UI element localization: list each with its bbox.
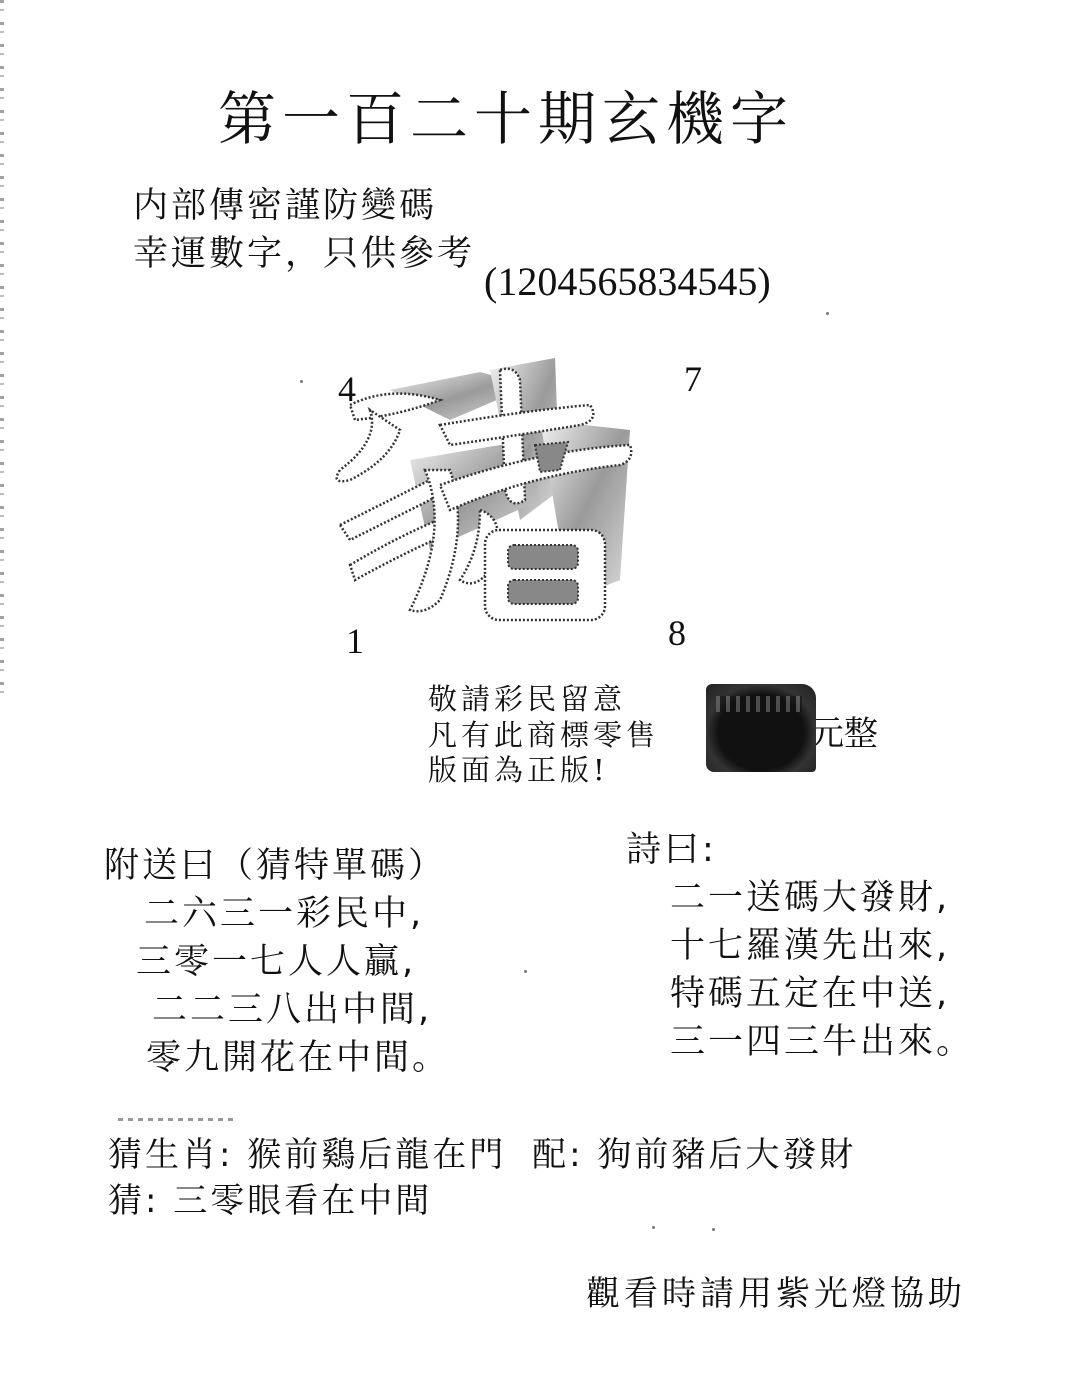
corner-number-top-right: 7	[684, 358, 702, 400]
notice-line-text: 凡有此商標零售	[428, 718, 659, 752]
guess-pair-value: 狗前豬后大發財	[597, 1135, 856, 1175]
scan-speck	[652, 1226, 655, 1229]
guess-riddle-label: 猜:	[108, 1181, 159, 1221]
scan-speck	[826, 312, 829, 315]
poem: 詩曰: 二一送碼大發財, 十七羅漢先出來, 特碼五定在中送, 三一四三牛出來。	[626, 826, 974, 1066]
pig-character-icon	[330, 350, 690, 630]
trademark-seal-icon	[706, 684, 816, 772]
page-title: 第一百二十期玄機字	[218, 72, 794, 156]
gift-poem-line: 三零一七人人贏,	[104, 938, 450, 986]
poem-line: 三一四三牛出來。	[626, 1018, 974, 1066]
scan-speck	[712, 1228, 715, 1231]
intro-line: 内部傳密謹防變碼	[133, 182, 475, 230]
gift-poem-line: 零九開花在中間。	[104, 1034, 450, 1082]
guess-block: 猜生肖: 猴前鷄后龍在門 配: 狗前豬后大發財 猜: 三零眼看在中間	[108, 1132, 856, 1224]
guess-zodiac-line: 猜生肖: 猴前鷄后龍在門 配: 狗前豬后大發財	[108, 1132, 856, 1178]
poem-line: 十七羅漢先出來,	[626, 922, 974, 970]
gift-poem: 附送曰（猜特單碼） 二六三一彩民中, 三零一七人人贏, 二二三八出中間, 零九開…	[104, 842, 450, 1082]
poem-heading: 詩曰:	[626, 826, 974, 874]
poem-line: 特碼五定在中送,	[626, 970, 974, 1018]
guess-riddle-value: 三零眼看在中間	[173, 1181, 432, 1221]
corner-number-bottom-left: 1	[346, 620, 364, 662]
dotted-divider	[118, 1118, 238, 1121]
guess-zodiac-value: 猴前鷄后龍在門	[247, 1135, 506, 1175]
corner-number-bottom-right: 8	[668, 612, 686, 654]
guess-pair-label: 配:	[532, 1135, 583, 1175]
scan-speck	[300, 380, 303, 383]
phone-number: (1204565834545)	[484, 258, 771, 305]
gift-poem-line: 二六三一彩民中,	[104, 890, 450, 938]
gift-poem-heading: 附送曰（猜特單碼）	[104, 842, 450, 890]
zodiac-pig-graphic	[330, 350, 690, 630]
intro-line: 幸運數字，只供參考	[133, 230, 475, 278]
footer-uv-note: 觀看時請用紫光燈協助	[586, 1266, 966, 1315]
gift-poem-line: 二二三八出中間,	[104, 986, 450, 1034]
guess-riddle-line: 猜: 三零眼看在中間	[108, 1178, 856, 1224]
intro-block: 内部傳密謹防變碼 幸運數字，只供參考	[133, 182, 475, 278]
scan-edge-noise	[0, 0, 4, 700]
corner-number-top-left: 4	[338, 368, 356, 410]
scan-speck	[524, 970, 527, 973]
poem-line: 二一送碼大發財,	[626, 874, 974, 922]
guess-zodiac-label: 猜生肖:	[108, 1135, 233, 1175]
